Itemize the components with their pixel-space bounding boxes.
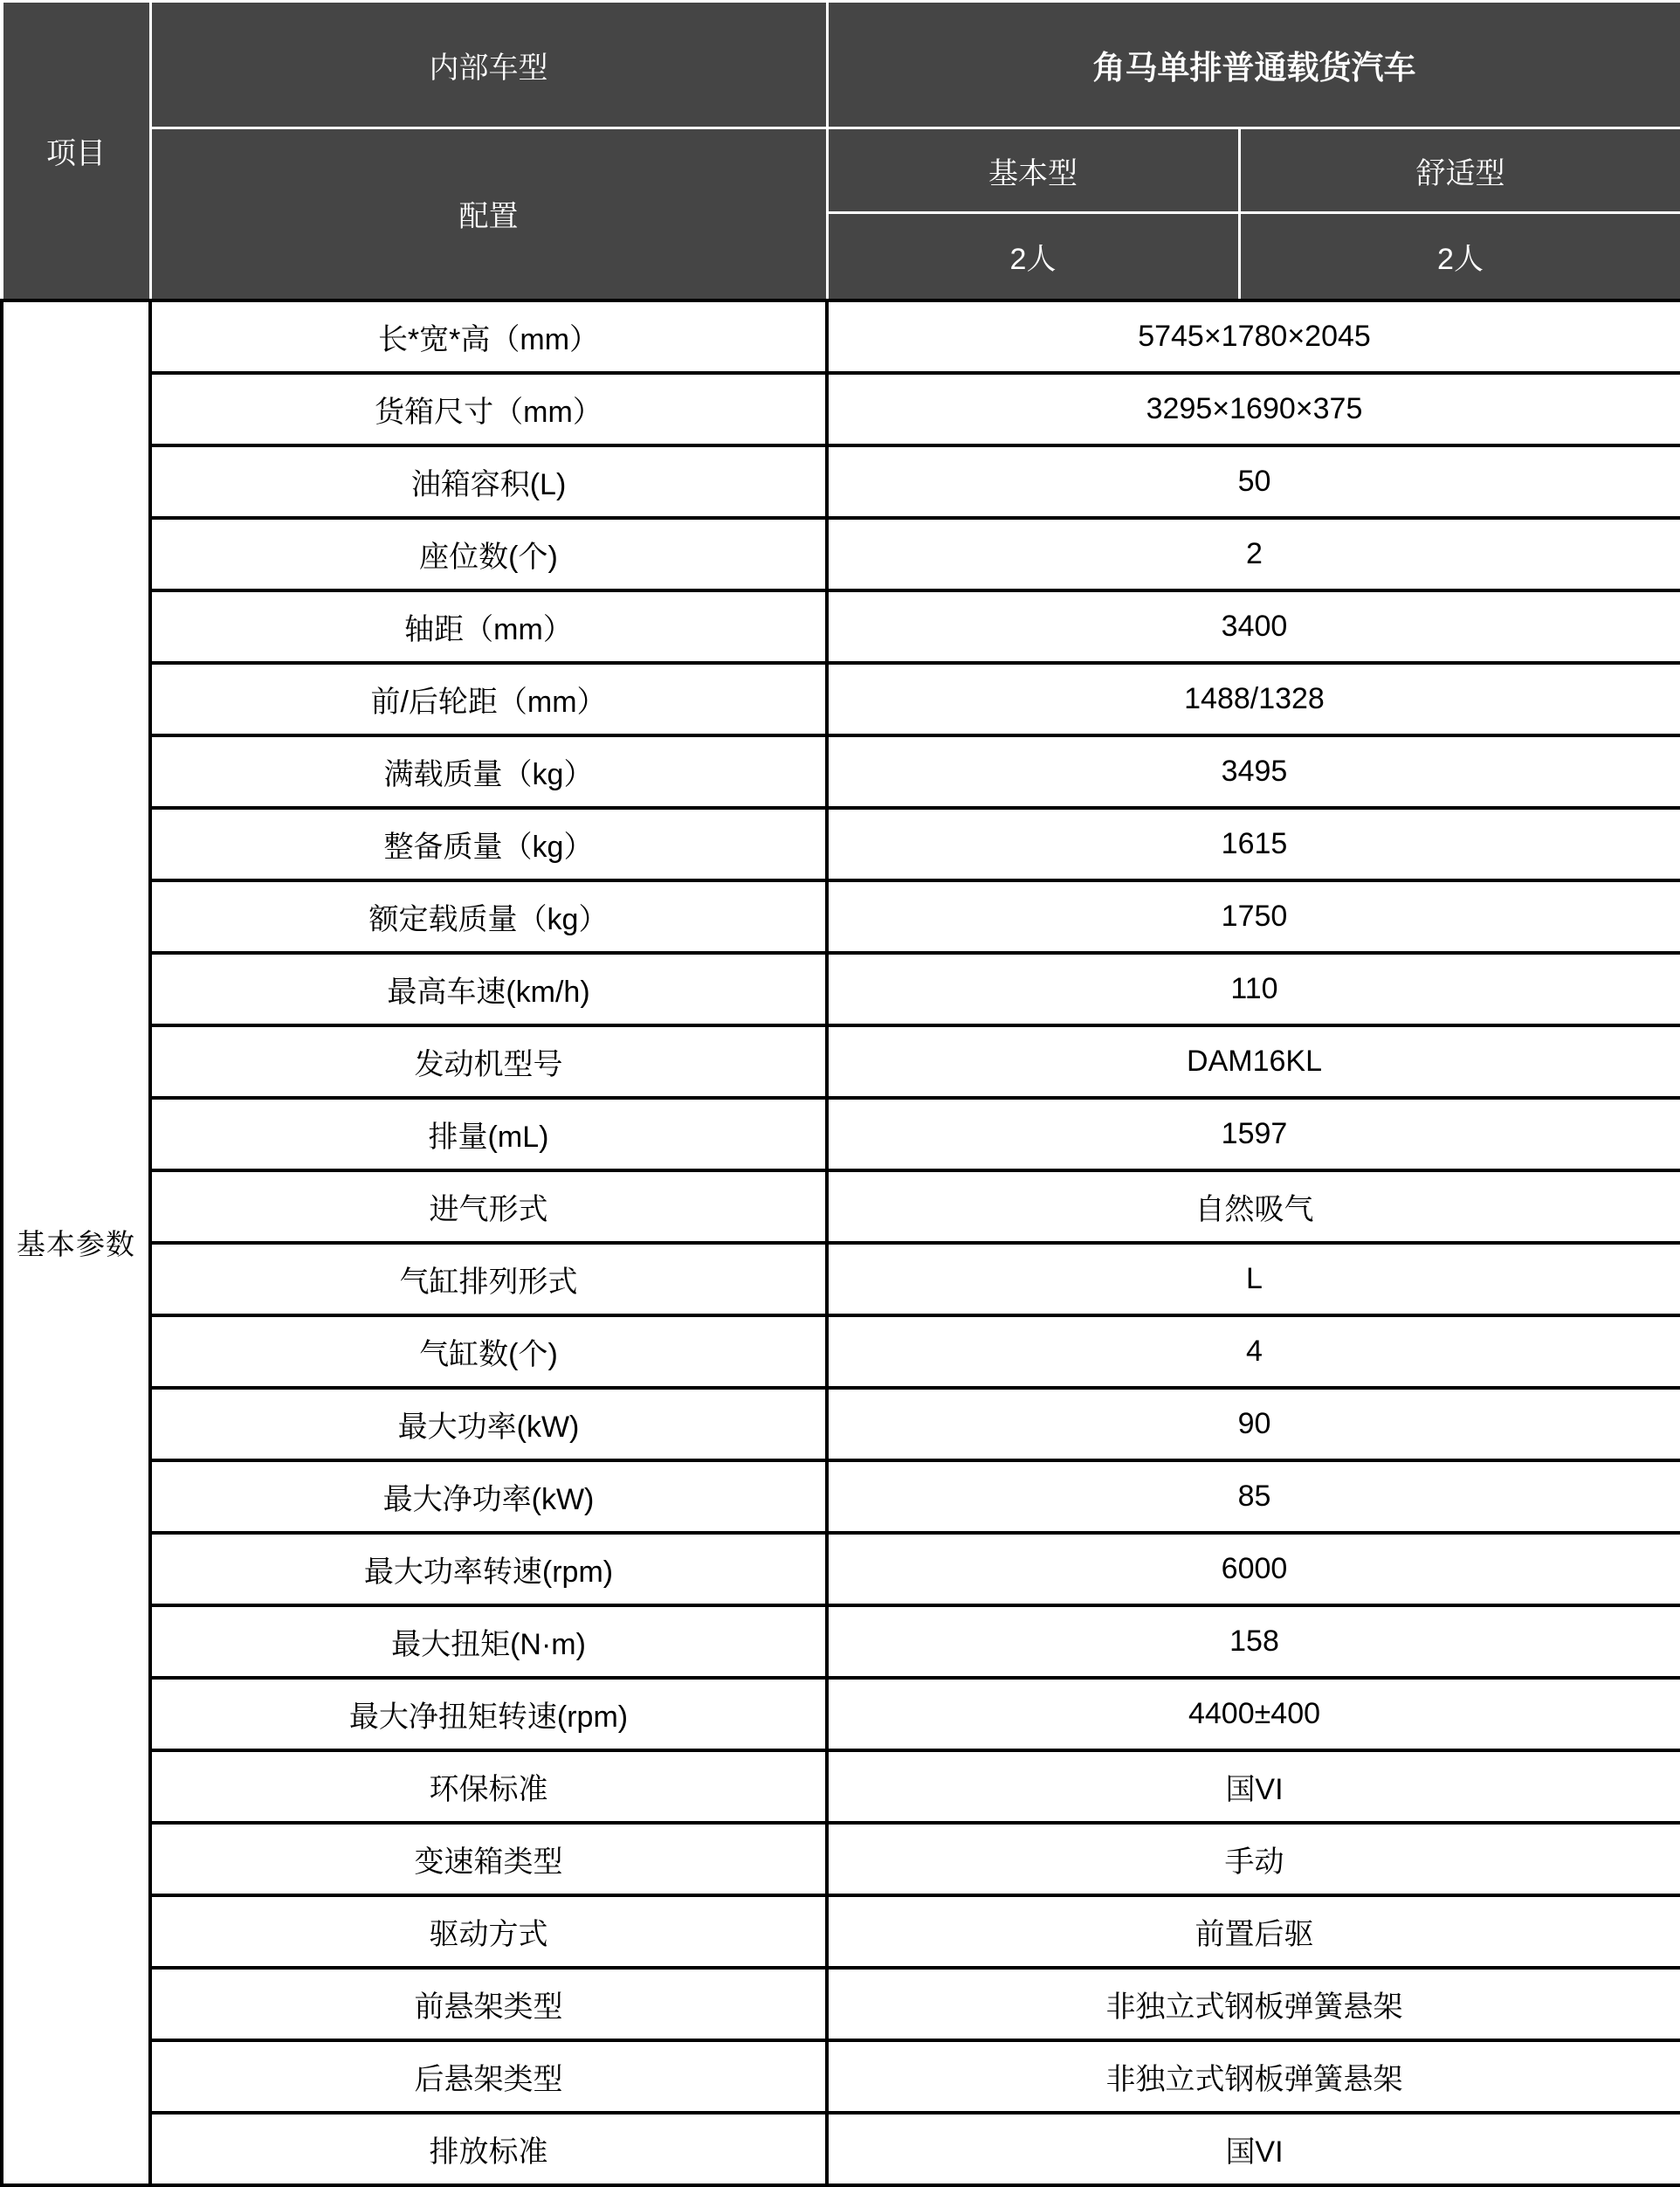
- spec-row: 油箱容积(L)50: [2, 445, 1680, 518]
- spec-row-value: 85: [827, 1460, 1680, 1533]
- spec-row: 发动机型号DAM16KL: [2, 1025, 1680, 1098]
- spec-row: 最高车速(km/h)110: [2, 953, 1680, 1025]
- spec-row-label: 后悬架类型: [150, 2040, 827, 2113]
- spec-row: 货箱尺寸（mm）3295×1690×375: [2, 373, 1680, 445]
- spec-row-value: 158: [827, 1605, 1680, 1678]
- spec-row: 进气形式自然吸气: [2, 1170, 1680, 1243]
- spec-row-value: 4: [827, 1315, 1680, 1388]
- spec-row-value: 4400±400: [827, 1678, 1680, 1750]
- spec-row: 排放标准国VI: [2, 2113, 1680, 2185]
- spec-row: 基本参数长*宽*高（mm）5745×1780×2045: [2, 300, 1680, 373]
- spec-row-label: 环保标准: [150, 1750, 827, 1823]
- spec-row-label: 变速箱类型: [150, 1823, 827, 1895]
- spec-row-label: 排量(mL): [150, 1098, 827, 1170]
- spec-row-value: 3295×1690×375: [827, 373, 1680, 445]
- spec-row-label: 前/后轮距（mm）: [150, 663, 827, 735]
- spec-row-value: 1615: [827, 808, 1680, 880]
- spec-row-value: 1488/1328: [827, 663, 1680, 735]
- spec-row-value: 非独立式钢板弹簧悬架: [827, 2040, 1680, 2113]
- spec-row-label: 长*宽*高（mm）: [150, 300, 827, 373]
- spec-row: 整备质量（kg）1615: [2, 808, 1680, 880]
- spec-row: 气缸数(个)4: [2, 1315, 1680, 1388]
- header-seats-basic-cell: 2人: [827, 213, 1239, 300]
- spec-row-value: 1597: [827, 1098, 1680, 1170]
- spec-row: 变速箱类型手动: [2, 1823, 1680, 1895]
- header-trim-comfort-cell: 舒适型: [1239, 128, 1680, 213]
- spec-row: 驱动方式前置后驱: [2, 1895, 1680, 1968]
- spec-row: 排量(mL)1597: [2, 1098, 1680, 1170]
- spec-row-value: 前置后驱: [827, 1895, 1680, 1968]
- spec-row-label: 货箱尺寸（mm）: [150, 373, 827, 445]
- spec-row: 最大净扭矩转速(rpm)4400±400: [2, 1678, 1680, 1750]
- spec-row-label: 轴距（mm）: [150, 590, 827, 663]
- spec-row: 满载质量（kg）3495: [2, 735, 1680, 808]
- spec-row-label: 最高车速(km/h): [150, 953, 827, 1025]
- spec-row: 后悬架类型非独立式钢板弹簧悬架: [2, 2040, 1680, 2113]
- header-trim-basic-cell: 基本型: [827, 128, 1239, 213]
- spec-row-label: 额定载质量（kg）: [150, 880, 827, 953]
- header-model-name-cell: 角马单排普通载货汽车: [827, 2, 1680, 128]
- spec-row: 最大净功率(kW)85: [2, 1460, 1680, 1533]
- spec-row: 最大功率(kW)90: [2, 1388, 1680, 1460]
- spec-row-label: 气缸排列形式: [150, 1243, 827, 1315]
- spec-row-label: 发动机型号: [150, 1025, 827, 1098]
- spec-row-value: 国VI: [827, 1750, 1680, 1823]
- spec-row-label: 驱动方式: [150, 1895, 827, 1968]
- spec-row-label: 最大净功率(kW): [150, 1460, 827, 1533]
- header-internal-model-cell: 内部车型: [150, 2, 827, 128]
- spec-row-label: 气缸数(个): [150, 1315, 827, 1388]
- vehicle-spec-table: 项目 内部车型 角马单排普通载货汽车 配置 基本型 舒适型 2人 2人 基本参数…: [0, 0, 1680, 2187]
- spec-row-label: 最大功率转速(rpm): [150, 1533, 827, 1605]
- spec-row-value: L: [827, 1243, 1680, 1315]
- header-item-cell: 项目: [2, 2, 150, 300]
- header-seats-comfort-cell: 2人: [1239, 213, 1680, 300]
- spec-row: 环保标准国VI: [2, 1750, 1680, 1823]
- spec-row: 额定载质量（kg）1750: [2, 880, 1680, 953]
- spec-row-value: 6000: [827, 1533, 1680, 1605]
- spec-row: 座位数(个)2: [2, 518, 1680, 590]
- spec-row-value: 国VI: [827, 2113, 1680, 2185]
- spec-row-value: 5745×1780×2045: [827, 300, 1680, 373]
- spec-row-value: 110: [827, 953, 1680, 1025]
- spec-row-label: 前悬架类型: [150, 1968, 827, 2040]
- spec-row-label: 满载质量（kg）: [150, 735, 827, 808]
- spec-row: 最大功率转速(rpm)6000: [2, 1533, 1680, 1605]
- spec-row-value: 1750: [827, 880, 1680, 953]
- spec-row-label: 油箱容积(L): [150, 445, 827, 518]
- spec-row-value: 手动: [827, 1823, 1680, 1895]
- section-label: 基本参数: [2, 300, 150, 2185]
- spec-row-value: 自然吸气: [827, 1170, 1680, 1243]
- spec-row-value: 50: [827, 445, 1680, 518]
- spec-row: 气缸排列形式L: [2, 1243, 1680, 1315]
- spec-row: 前/后轮距（mm）1488/1328: [2, 663, 1680, 735]
- table-body: 基本参数长*宽*高（mm）5745×1780×2045货箱尺寸（mm）3295×…: [2, 300, 1680, 2185]
- spec-row-label: 最大净扭矩转速(rpm): [150, 1678, 827, 1750]
- spec-row-label: 整备质量（kg）: [150, 808, 827, 880]
- table-header: 项目 内部车型 角马单排普通载货汽车 配置 基本型 舒适型 2人 2人: [2, 2, 1680, 300]
- spec-row-label: 最大扭矩(N·m): [150, 1605, 827, 1678]
- spec-row-value: DAM16KL: [827, 1025, 1680, 1098]
- spec-row-value: 3400: [827, 590, 1680, 663]
- spec-row: 最大扭矩(N·m)158: [2, 1605, 1680, 1678]
- spec-row-value: 2: [827, 518, 1680, 590]
- spec-row-value: 90: [827, 1388, 1680, 1460]
- spec-row: 轴距（mm）3400: [2, 590, 1680, 663]
- spec-row-value: 3495: [827, 735, 1680, 808]
- spec-row: 前悬架类型非独立式钢板弹簧悬架: [2, 1968, 1680, 2040]
- spec-row-label: 排放标准: [150, 2113, 827, 2185]
- spec-row-label: 最大功率(kW): [150, 1388, 827, 1460]
- spec-row-value: 非独立式钢板弹簧悬架: [827, 1968, 1680, 2040]
- spec-row-label: 座位数(个): [150, 518, 827, 590]
- spec-row-label: 进气形式: [150, 1170, 827, 1243]
- header-config-cell: 配置: [150, 128, 827, 300]
